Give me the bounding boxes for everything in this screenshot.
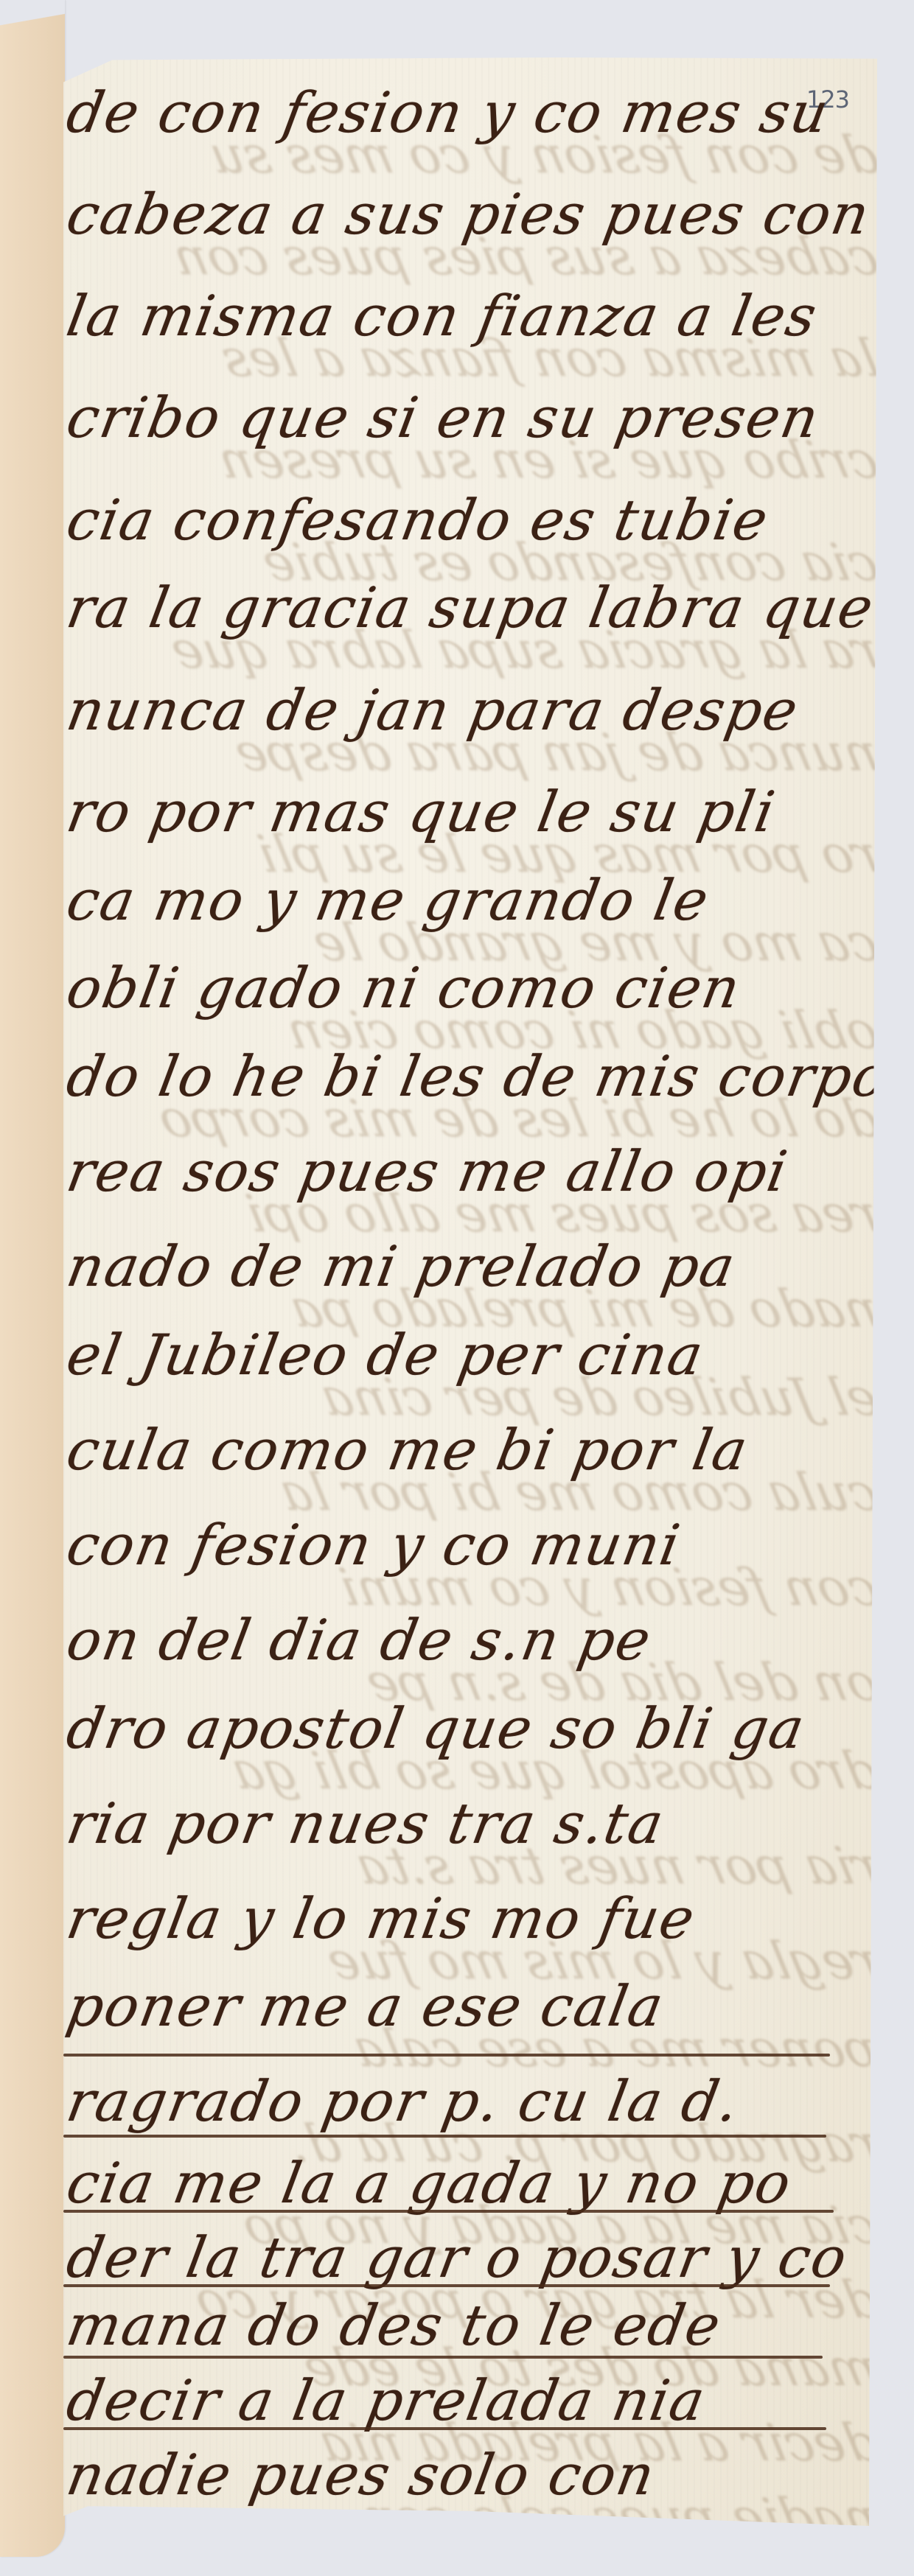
manuscript-line: cia me la a gada y no po: [63, 2155, 877, 2211]
ink-underline-rule: [63, 2210, 834, 2213]
manuscript-line: nado de mi prelado pa: [63, 1239, 877, 1295]
manuscript-line: ra la gracia supa labra que: [63, 580, 877, 636]
manuscript-line: on del dia de s.n pe: [63, 1612, 877, 1668]
manuscript-line: cribo que si en su presen: [63, 390, 877, 446]
manuscript-line-text: cula como me bi por la: [58, 1422, 753, 1478]
manuscript-line-text: cribo que si en su presen: [58, 390, 823, 446]
manuscript-line: regla y lo mis mo fue: [63, 1891, 877, 1947]
ink-underline-rule: [63, 2135, 826, 2138]
manuscript-line-text: obli gado ni como cien: [58, 960, 745, 1016]
manuscript-line-text: mana do des to le ede: [58, 2297, 725, 2353]
manuscript-line-text: el Jubileo de per cina: [58, 1327, 708, 1383]
manuscript-line: el Jubileo de per cina: [63, 1327, 877, 1383]
manuscript-line: do lo he bi les de mis corpo: [63, 1049, 877, 1105]
manuscript-line: nadie pues solo con: [63, 2447, 877, 2503]
manuscript-line-text: ragrado por p. cu la d.: [58, 2073, 744, 2129]
ink-underline-rule: [63, 2356, 823, 2359]
manuscript-line-text: decir a la prelada nia: [58, 2373, 710, 2429]
manuscript-line: obli gado ni como cien: [63, 960, 877, 1016]
manuscript-line: nunca de jan para despe: [63, 682, 877, 738]
ink-underline-rule: [63, 2054, 830, 2057]
ink-underline-rule: [63, 2284, 830, 2287]
manuscript-line-text: ca mo y me grando le: [58, 872, 714, 928]
manuscript-line-text: nunca de jan para despe: [58, 682, 803, 738]
manuscript-line-text: rea sos pues me allo opi: [58, 1144, 792, 1200]
manuscript-line-text: cia me la a gada y no po: [58, 2155, 796, 2211]
manuscript-line: decir a la prelada nia: [63, 2373, 877, 2429]
binding-backing-strip: [0, 0, 65, 2557]
manuscript-line: mana do des to le ede: [63, 2297, 877, 2353]
manuscript-line: cula como me bi por la: [63, 1422, 877, 1478]
manuscript-line-text: nado de mi prelado pa: [58, 1239, 740, 1295]
manuscript-line-text: cabeza a sus pies pues con: [58, 186, 874, 242]
manuscript-line: ragrado por p. cu la d.: [63, 2073, 877, 2129]
manuscript-line: ro por mas que le su pli: [63, 784, 877, 840]
manuscript-line-text: nadie pues solo con: [58, 2447, 660, 2503]
manuscript-line: ca mo y me grando le: [63, 872, 877, 928]
manuscript-line-text: ro por mas que le su pli: [58, 784, 780, 840]
manuscript-line: de con fesion y co mes su: [63, 85, 877, 141]
manuscript-line-text: on del dia de s.n pe: [58, 1612, 655, 1668]
manuscript-line: rea sos pues me allo opi: [63, 1144, 877, 1200]
ink-underline-rule: [63, 2427, 826, 2430]
manuscript-line-text: de con fesion y co mes su: [58, 85, 834, 141]
manuscript-line-text: con fesion y co muni: [58, 1517, 685, 1573]
manuscript-line: cia confesando es tubie: [63, 492, 877, 548]
manuscript-line: con fesion y co muni: [63, 1517, 877, 1573]
manuscript-line-text: poner me a ese cala: [58, 1978, 668, 2034]
manuscript-line-text: cia confesando es tubie: [58, 492, 773, 548]
manuscript-line-text: ra la gracia supa labra que: [58, 580, 878, 636]
manuscript-line-text: dro apostol que so bli ga: [58, 1701, 809, 1757]
manuscript-line-text: regla y lo mis mo fue: [58, 1891, 700, 1947]
manuscript-line: la misma con fianza a les: [63, 288, 877, 344]
manuscript-line: poner me a ese cala: [63, 1978, 877, 2034]
manuscript-line: cabeza a sus pies pues con: [63, 186, 877, 242]
manuscript-line: ria por nues tra s.ta: [63, 1796, 877, 1852]
manuscript-line: der la tra gar o posar y co: [63, 2230, 877, 2286]
manuscript-leaf: 123 de con fesion y co mes sude con fesi…: [63, 57, 877, 2526]
manuscript-line-text: la misma con fianza a les: [58, 288, 821, 344]
manuscript-line-text: ria por nues tra s.ta: [58, 1796, 669, 1852]
manuscript-line-text: der la tra gar o posar y co: [58, 2230, 852, 2286]
manuscript-line-text: do lo he bi les de mis corpo: [58, 1049, 893, 1105]
manuscript-line: dro apostol que so bli ga: [63, 1701, 877, 1757]
